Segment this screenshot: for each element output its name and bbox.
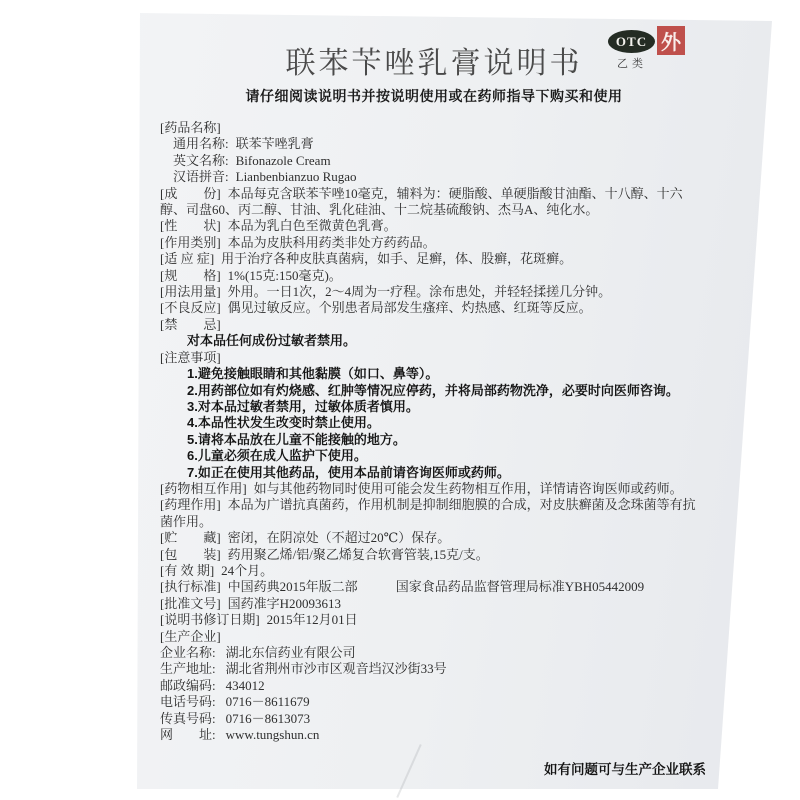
fax-row: 传真号码:0716－8613073 xyxy=(160,711,708,727)
field-label: 英文名称: xyxy=(173,153,229,168)
field-value: www.tungshun.cn xyxy=(226,727,320,742)
section-label: [批准文号] xyxy=(160,596,221,611)
section-validity: [有 效 期]24个月。 xyxy=(160,563,708,579)
contact-note: 如有问题可与生产企业联系 xyxy=(544,758,706,778)
photo-canvas: OTC 乙类 外 联苯苄唑乳膏说明书 请仔细阅读说明书并按说明使用或在药师指导下… xyxy=(0,0,800,800)
generic-name-row: 通用名称:联苯苄唑乳膏 xyxy=(160,136,708,152)
section-label: [注意事项] xyxy=(160,350,221,365)
company-name-row: 企业名称:湖北东信药业有限公司 xyxy=(160,645,708,661)
leaflet-body: [药品名称] 通用名称:联苯苄唑乳膏 英文名称:Bifonazole Cream… xyxy=(160,120,708,743)
section-label: [说明书修订日期] xyxy=(160,612,260,627)
postal-code-row: 邮政编码:434012 xyxy=(160,678,708,694)
field-label: 企业名称: xyxy=(160,645,216,660)
section-precautions: [注意事项] xyxy=(160,350,708,366)
section-label: [执行标准] xyxy=(160,579,221,594)
section-drug-name: [药品名称] xyxy=(160,120,708,136)
section-text: 本品每克含联苯苄唑10毫克，辅料为：硬脂酸、单硬脂酸甘油酯、十八醇、十六醇、司盘… xyxy=(160,186,683,217)
section-text: 本品为皮肤科用药类非处方药药品。 xyxy=(228,235,436,250)
section-text: 偶见过敏反应。个别患者局部发生瘙痒、灼热感、红斑等反应。 xyxy=(228,300,592,315)
field-value: 0716－8611679 xyxy=(226,694,310,709)
field-label: 汉语拼音: xyxy=(173,169,229,184)
section-text: 本品为广谱抗真菌药，作用机制是抑制细胞膜的合成，对皮肤癣菌及念珠菌等有抗菌作用。 xyxy=(160,497,696,528)
section-dosage: [用法用量]外用。一日1次，2～4周为一疗程。涂布患处，并轻轻揉搓几分钟。 xyxy=(160,284,708,300)
section-label: [不良反应] xyxy=(160,300,221,315)
page-subtitle: 请仔细阅读说明书并按说明使用或在药师指导下购买和使用 xyxy=(160,89,708,104)
section-label: [禁 忌] xyxy=(160,317,221,332)
section-label: [性 状] xyxy=(160,218,221,233)
section-label: [药理作用] xyxy=(160,497,221,512)
section-text: 1%(15克:150毫克)。 xyxy=(228,268,342,283)
precaution-item: 6.儿童必须在成人监护下使用。 xyxy=(160,448,708,464)
section-text: 密闭，在阴凉处（不超过20℃）保存。 xyxy=(228,530,451,545)
standard-part-1: 中国药典2015年版二部 xyxy=(228,579,358,594)
section-text: 国药准字H20093613 xyxy=(228,596,341,611)
section-label: [作用类别] xyxy=(160,235,221,250)
section-storage: [贮 藏]密闭，在阴凉处（不超过20℃）保存。 xyxy=(160,530,708,546)
section-label: [规 格] xyxy=(160,268,221,283)
section-label: [药品名称] xyxy=(160,120,221,135)
field-value: 0716－8613073 xyxy=(226,711,311,726)
page-title: 联苯苄唑乳膏说明书 xyxy=(160,46,708,82)
precaution-item: 1.避免接触眼睛和其他黏膜（如口、鼻等）。 xyxy=(160,366,708,382)
section-text: 如与其他药物同时使用可能会发生药物相互作用，详情请咨询医师或药师。 xyxy=(254,481,683,496)
precaution-item: 3.对本品过敏者禁用，过敏体质者慎用。 xyxy=(160,399,708,415)
section-revision-date: [说明书修订日期]2015年12月01日 xyxy=(160,612,708,628)
field-label: 网 址: xyxy=(160,727,216,742)
section-label: [用法用量] xyxy=(160,284,221,299)
field-value: 联苯苄唑乳膏 xyxy=(236,136,314,151)
section-text: 2015年12月01日 xyxy=(267,612,358,627)
precaution-item: 5.请将本品放在儿童不能接触的地方。 xyxy=(160,432,708,448)
field-value: Bifonazole Cream xyxy=(236,153,331,168)
section-adverse-reactions: [不良反应]偶见过敏反应。个别患者局部发生瘙痒、灼热感、红斑等反应。 xyxy=(160,300,708,316)
section-label: [药物相互作用] xyxy=(160,481,247,496)
precaution-item: 2.用药部位如有灼烧感、红肿等情况应停药，并将局部药物洗净，必要时向医师咨询。 xyxy=(160,383,708,399)
section-interactions: [药物相互作用]如与其他药物同时使用可能会发生药物相互作用，详情请咨询医师或药师… xyxy=(160,481,708,497)
section-label: [有 效 期] xyxy=(160,563,214,578)
section-pharmacology: [药理作用]本品为广谱抗真菌药，作用机制是抑制细胞膜的合成，对皮肤癣菌及念珠菌等… xyxy=(160,497,708,530)
section-composition: [成 份]本品每克含联苯苄唑10毫克，辅料为：硬脂酸、单硬脂酸甘油酯、十八醇、十… xyxy=(160,186,708,219)
field-label: 电话号码: xyxy=(160,694,216,709)
section-approval-number: [批准文号]国药准字H20093613 xyxy=(160,596,708,612)
section-text: 本品为乳白色至微黄色乳膏。 xyxy=(228,218,397,233)
section-text: 外用。一日1次，2～4周为一疗程。涂布患处，并轻轻揉搓几分钟。 xyxy=(228,284,612,299)
section-text: 用于治疗各种皮肤真菌病，如手、足癣，体、股癣，花斑癣。 xyxy=(221,251,572,266)
english-name-row: 英文名称:Bifonazole Cream xyxy=(160,153,708,169)
field-value: Lianbenbianzuo Rugao xyxy=(236,169,357,184)
website-row: 网 址:www.tungshun.cn xyxy=(160,727,708,743)
section-package: [包 装]药用聚乙烯/铝/聚乙烯复合软膏管装,15克/支。 xyxy=(160,547,708,563)
field-label: 通用名称: xyxy=(173,136,229,151)
contraindication-text: 对本品任何成份过敏者禁用。 xyxy=(160,333,708,349)
section-label: [包 装] xyxy=(160,547,221,562)
section-category: [作用类别]本品为皮肤科用药类非处方药药品。 xyxy=(160,235,708,251)
section-character: [性 状]本品为乳白色至微黄色乳膏。 xyxy=(160,218,708,234)
section-contraindication: [禁 忌] xyxy=(160,317,708,333)
field-value: 湖北东信药业有限公司 xyxy=(226,645,356,660)
company-address-row: 生产地址:湖北省荆州市沙市区观音垱汉沙街33号 xyxy=(160,661,708,677)
section-strength: [规 格]1%(15克:150毫克)。 xyxy=(160,268,708,284)
section-text: 24个月。 xyxy=(221,563,273,578)
field-value: 湖北省荆州市沙市区观音垱汉沙街33号 xyxy=(226,661,447,676)
leaflet-content: 联苯苄唑乳膏说明书 请仔细阅读说明书并按说明使用或在药师指导下购买和使用 [药品… xyxy=(160,46,708,743)
field-label: 邮政编码: xyxy=(160,678,216,693)
section-indications: [适 应 症]用于治疗各种皮肤真菌病，如手、足癣，体、股癣，花斑癣。 xyxy=(160,251,708,267)
section-standard: [执行标准]中国药典2015年版二部国家食品药品监督管理局标准YBH054420… xyxy=(160,579,708,595)
section-label: [成 份] xyxy=(160,186,221,201)
section-text: 药用聚乙烯/铝/聚乙烯复合软膏管装,15克/支。 xyxy=(228,547,489,562)
section-manufacturer: [生产企业] xyxy=(160,629,708,645)
section-label: [生产企业] xyxy=(160,629,221,644)
precaution-item: 4.本品性状发生改变时禁止使用。 xyxy=(160,415,708,431)
standard-part-2: 国家食品药品监督管理局标准YBH05442009 xyxy=(396,579,644,594)
field-label: 传真号码: xyxy=(160,711,216,726)
field-label: 生产地址: xyxy=(160,661,216,676)
section-label: [适 应 症] xyxy=(160,251,214,266)
field-value: 434012 xyxy=(226,678,265,693)
precaution-item: 7.如正在使用其他药品，使用本品前请咨询医师或药师。 xyxy=(160,465,708,481)
pinyin-name-row: 汉语拼音:Lianbenbianzuo Rugao xyxy=(160,169,708,185)
phone-row: 电话号码:0716－8611679 xyxy=(160,694,708,710)
section-label: [贮 藏] xyxy=(160,530,221,545)
